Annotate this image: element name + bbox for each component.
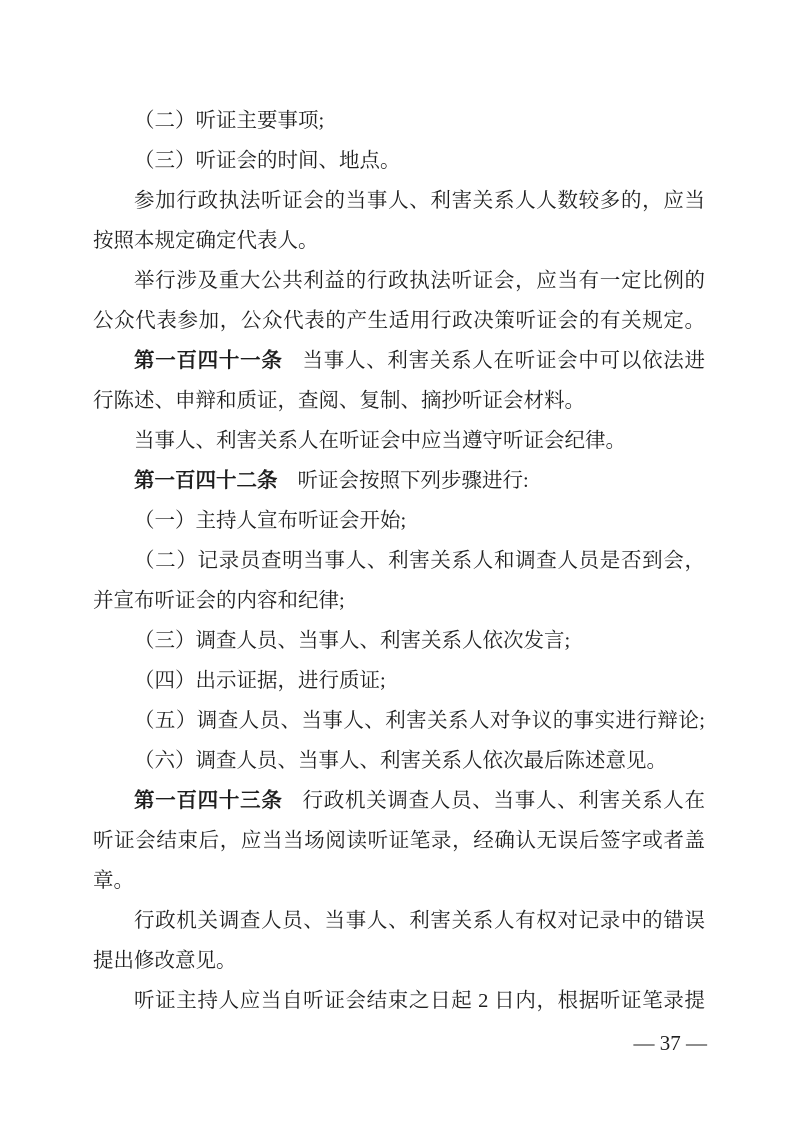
text-segment: （五）调查人员、当事人、利害关系人对争议的事实进行辩论; (134, 710, 705, 732)
paragraph: 第一百四十二条听证会按照下列步骤进行: (93, 461, 705, 501)
text-line: （一）主持人宣布听证会开始; (93, 501, 705, 541)
text-line: 听证主持人应当自听证会结束之日起 2 日内，根据听证笔录提 (93, 981, 705, 1021)
page-body: （二）听证主要事项;（三）听证会的时间、地点。参加行政执法听证会的当事人、利害关… (93, 101, 705, 1021)
text-segment: 当事人、利害关系人在听证会中应当遵守听证会纪律。 (134, 430, 626, 452)
text-line: 当事人、利害关系人在听证会中应当遵守听证会纪律。 (93, 421, 705, 461)
text-line: （五）调查人员、当事人、利害关系人对争议的事实进行辩论; (93, 701, 705, 741)
text-line: 章。 (93, 861, 705, 901)
text-line: （二）记录员查明当事人、利害关系人和调查人员是否到会， (93, 541, 705, 581)
text-segment: （三）听证会的时间、地点。 (134, 150, 401, 172)
paragraph: （三）听证会的时间、地点。 (93, 141, 705, 181)
text-line: 提出修改意见。 (93, 941, 705, 981)
text-line: 公众代表参加，公众代表的产生适用行政决策听证会的有关规定。 (93, 301, 705, 341)
article-number: 第一百四十三条 (134, 789, 283, 812)
text-line: （三）调查人员、当事人、利害关系人依次发言; (93, 621, 705, 661)
paragraph: （二）记录员查明当事人、利害关系人和调查人员是否到会，并宣布听证会的内容和纪律; (93, 541, 705, 621)
text-segment: 提出修改意见。 (93, 950, 237, 972)
page-number: — 37 — (634, 1031, 708, 1055)
text-line: 按照本规定确定代表人。 (93, 221, 705, 261)
paragraph: 当事人、利害关系人在听证会中应当遵守听证会纪律。 (93, 421, 705, 461)
article-number: 第一百四十二条 (134, 469, 278, 492)
text-segment: 参加行政执法听证会的当事人、利害关系人人数较多的，应当 (134, 190, 705, 212)
text-segment: 当事人、利害关系人在听证会中可以依法进 (303, 350, 705, 372)
page-footer: — 37 — (93, 1029, 707, 1057)
text-segment: （六）调查人员、当事人、利害关系人依次最后陈述意见。 (134, 750, 667, 772)
paragraph: 第一百四十一条当事人、利害关系人在听证会中可以依法进行陈述、申辩和质证，查阅、复… (93, 341, 705, 421)
text-segment: 章。 (93, 870, 134, 892)
text-segment: 按照本规定确定代表人。 (93, 230, 319, 252)
text-line: （六）调查人员、当事人、利害关系人依次最后陈述意见。 (93, 741, 705, 781)
text-segment: 听证会结束后，应当当场阅读听证笔录，经确认无误后签字或者盖 (93, 830, 705, 852)
text-line: 第一百四十二条听证会按照下列步骤进行: (93, 461, 705, 501)
text-segment: 并宣布听证会的内容和纪律; (93, 590, 345, 612)
text-line: 并宣布听证会的内容和纪律; (93, 581, 705, 621)
text-segment: （三）调查人员、当事人、利害关系人依次发言; (134, 630, 570, 652)
text-line: （二）听证主要事项; (93, 101, 705, 141)
text-line: 听证会结束后，应当当场阅读听证笔录，经确认无误后签字或者盖 (93, 821, 705, 861)
text-line: 第一百四十一条当事人、利害关系人在听证会中可以依法进 (93, 341, 705, 381)
paragraph: 举行涉及重大公共利益的行政执法听证会，应当有一定比例的公众代表参加，公众代表的产… (93, 261, 705, 341)
paragraph: 第一百四十三条行政机关调查人员、当事人、利害关系人在听证会结束后，应当当场阅读听… (93, 781, 705, 901)
paragraph: （二）听证主要事项; (93, 101, 705, 141)
text-segment: 行陈述、申辩和质证，查阅、复制、摘抄听证会材料。 (93, 390, 585, 412)
paragraph: 听证主持人应当自听证会结束之日起 2 日内，根据听证笔录提 (93, 981, 705, 1021)
text-line: （四）出示证据，进行质证; (93, 661, 705, 701)
text-line: 行政机关调查人员、当事人、利害关系人有权对记录中的错误 (93, 901, 705, 941)
text-segment: 行政机关调查人员、当事人、利害关系人有权对记录中的错误 (134, 910, 705, 932)
text-segment: （二）记录员查明当事人、利害关系人和调查人员是否到会， (134, 550, 705, 572)
article-number: 第一百四十一条 (134, 349, 283, 372)
text-segment: 听证主持人应当自听证会结束之日起 2 日内，根据听证笔录提 (134, 990, 705, 1012)
paragraph: （一）主持人宣布听证会开始; (93, 501, 705, 541)
paragraph: （四）出示证据，进行质证; (93, 661, 705, 701)
document-page: { "page": { "background_color": "#ffffff… (0, 0, 793, 1122)
text-line: 举行涉及重大公共利益的行政执法听证会，应当有一定比例的 (93, 261, 705, 301)
text-line: （三）听证会的时间、地点。 (93, 141, 705, 181)
paragraph: 参加行政执法听证会的当事人、利害关系人人数较多的，应当按照本规定确定代表人。 (93, 181, 705, 261)
text-segment: 举行涉及重大公共利益的行政执法听证会，应当有一定比例的 (134, 270, 705, 292)
text-segment: （一）主持人宣布听证会开始; (134, 510, 406, 532)
text-segment: 听证会按照下列步骤进行: (298, 470, 529, 492)
text-segment: （四）出示证据，进行质证; (134, 670, 386, 692)
paragraph: 行政机关调查人员、当事人、利害关系人有权对记录中的错误提出修改意见。 (93, 901, 705, 981)
paragraph: （五）调查人员、当事人、利害关系人对争议的事实进行辩论; (93, 701, 705, 741)
paragraph: （六）调查人员、当事人、利害关系人依次最后陈述意见。 (93, 741, 705, 781)
text-segment: （二）听证主要事项; (134, 110, 324, 132)
text-segment: 公众代表参加，公众代表的产生适用行政决策听证会的有关规定。 (93, 310, 705, 332)
text-line: 第一百四十三条行政机关调查人员、当事人、利害关系人在 (93, 781, 705, 821)
text-line: 参加行政执法听证会的当事人、利害关系人人数较多的，应当 (93, 181, 705, 221)
paragraph: （三）调查人员、当事人、利害关系人依次发言; (93, 621, 705, 661)
text-segment: 行政机关调查人员、当事人、利害关系人在 (303, 790, 705, 812)
text-line: 行陈述、申辩和质证，查阅、复制、摘抄听证会材料。 (93, 381, 705, 421)
